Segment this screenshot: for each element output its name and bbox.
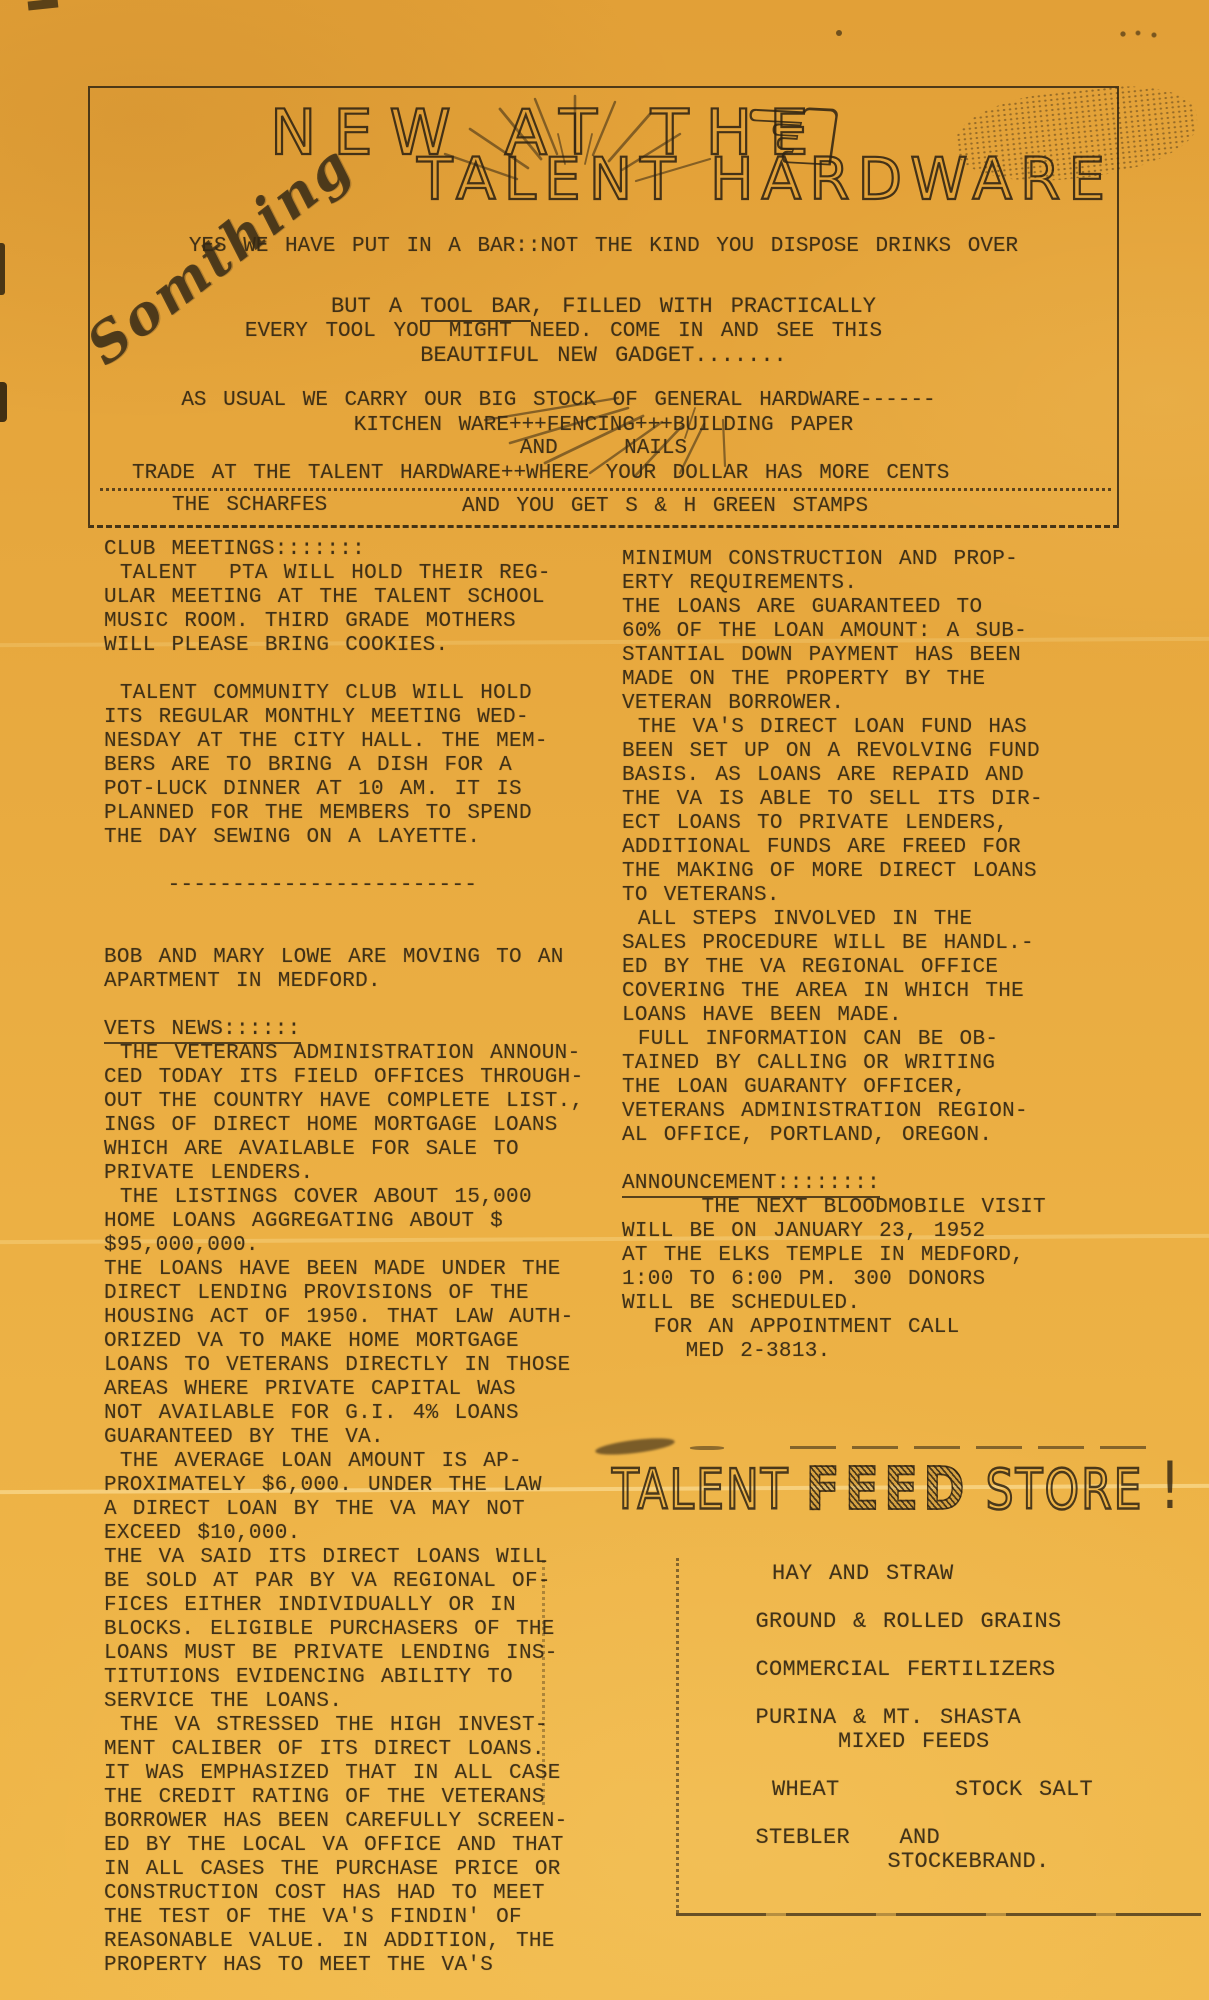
- text-line: HAY AND STRAW: [640, 1562, 1093, 1586]
- text-line: THE VA'S DIRECT LOAN FUND HAS: [622, 716, 1102, 740]
- text-line: ULAR MEETING AT THE TALENT SCHOOL: [104, 586, 609, 610]
- text-line: LOANS TO VETERANS DIRECTLY IN THOSE: [104, 1354, 609, 1378]
- announcement-text: THE NEXT BLOODMOBILE VISITWILL BE ON JAN…: [622, 1196, 1102, 1364]
- text-line: MADE ON THE PROPERTY BY THE: [622, 668, 1102, 692]
- stock-line-2: KITCHEN WARE+++FENCING+++BUILDING PAPER: [90, 414, 1117, 437]
- text-line: HOME LOANS AGGREGATING ABOUT $: [104, 1210, 609, 1234]
- text-line: BASIS. AS LOANS ARE REPAID AND: [622, 764, 1102, 788]
- text-line: SERVICE THE LOANS.: [104, 1690, 609, 1714]
- text-line: [640, 1634, 1093, 1658]
- text-line: VETERANS ADMINISTRATION REGION-: [622, 1100, 1102, 1124]
- text-line: SALES PROCEDURE WILL BE HANDL.-: [622, 932, 1102, 956]
- text-line: 1:00 TO 6:00 PM. 300 DONORS: [622, 1268, 1102, 1292]
- text-line: [104, 898, 609, 922]
- text-line: [104, 658, 609, 682]
- text-line: ADDITIONAL FUNDS ARE FREED FOR: [622, 836, 1102, 860]
- bar-tagline: YES WE HAVE PUT IN A BAR::NOT THE KIND Y…: [90, 235, 1117, 258]
- feed-title-word-talent: TALENT: [612, 1458, 790, 1522]
- stipple-patch: [952, 78, 1202, 191]
- text-line: MINIMUM CONSTRUCTION AND PROP-: [622, 548, 1102, 572]
- text-line: TITUTIONS EVIDENCING ABILITY TO: [104, 1666, 609, 1690]
- text-line: LOANS HAVE BEEN MADE.: [622, 1004, 1102, 1028]
- announcement-heading: ANNOUNCEMENT::::::::: [622, 1172, 1102, 1196]
- text-line: AREAS WHERE PRIVATE CAPITAL WAS: [104, 1378, 609, 1402]
- text-line: WILL PLEASE BRING COOKIES.: [104, 634, 609, 658]
- text-line: WHICH ARE AVAILABLE FOR SALE TO: [104, 1138, 609, 1162]
- club-meetings-text: TALENT PTA WILL HOLD THEIR REG-ULAR MEET…: [104, 562, 609, 946]
- text-line: 60% OF THE LOAN AMOUNT: A SUB-: [622, 620, 1102, 644]
- text-line: ITS REGULAR MONTHLY MEETING WED-: [104, 706, 609, 730]
- text-line: PRIVATE LENDERS.: [104, 1162, 609, 1186]
- lowe-note: BOB AND MARY LOWE ARE MOVING TO ANAPARTM…: [104, 946, 609, 1018]
- vets-news-heading: VETS NEWS::::::: [104, 1018, 609, 1042]
- text-line: [104, 850, 609, 874]
- tool-bar-pre: BUT A: [331, 294, 420, 319]
- text-line: TALENT COMMUNITY CLUB WILL HOLD: [104, 682, 609, 706]
- text-line: WILL BE ON JANUARY 23, 1952: [622, 1220, 1102, 1244]
- text-line: THE NEXT BLOODMOBILE VISIT: [622, 1196, 1102, 1220]
- hardware-ad: Somthing: [88, 86, 1119, 528]
- text-line: WHEAT STOCK SALT: [640, 1778, 1093, 1802]
- text-line: THE LOANS ARE GUARANTEED TO: [622, 596, 1102, 620]
- stock-line-1: AS USUAL WE CARRY OUR BIG STOCK OF GENER…: [45, 389, 1072, 412]
- owners-signature: THE SCHARFES: [172, 494, 327, 517]
- text-line: WILL BE SCHEDULED.: [622, 1292, 1102, 1316]
- text-line: THE AVERAGE LOAN AMOUNT IS AP-: [104, 1450, 609, 1474]
- text-line: GROUND & ROLLED GRAINS: [640, 1610, 1093, 1634]
- club-meetings-heading: CLUB MEETINGS:::::::: [104, 538, 609, 562]
- text-line: ORIZED VA TO MAKE HOME MORTGAGE: [104, 1330, 609, 1354]
- text-line: MUSIC ROOM. THIRD GRADE MOTHERS: [104, 610, 609, 634]
- text-line: MED 2-3813.: [622, 1340, 1102, 1364]
- text-line: COVERING THE AREA IN WHICH THE: [622, 980, 1102, 1004]
- text-line: APARTMENT IN MEDFORD.: [104, 970, 609, 994]
- trade-slogan: TRADE AT THE TALENT HARDWARE++WHERE YOUR…: [100, 462, 1111, 491]
- text-line: [104, 922, 609, 946]
- text-line: STOCKEBRAND.: [640, 1850, 1093, 1874]
- text-line: MENT CALIBER OF ITS DIRECT LOANS.: [104, 1738, 609, 1762]
- text-line: FICES EITHER INDIVIDUALLY OR IN: [104, 1594, 609, 1618]
- text-line: PURINA & MT. SHASTA: [640, 1706, 1093, 1730]
- tool-line-2: EVERY TOOL YOU MIGHT NEED. COME IN AND S…: [50, 320, 1077, 343]
- text-line: TO VETERANS.: [622, 884, 1102, 908]
- text-line: COMMERCIAL FERTILIZERS: [640, 1658, 1093, 1682]
- text-line: DIRECT LENDING PROVISIONS OF THE: [104, 1282, 609, 1306]
- text-line: [622, 1148, 1102, 1172]
- text-line: THE VETERANS ADMINISTRATION ANNOUN-: [104, 1042, 609, 1066]
- text-line: THE MAKING OF MORE DIRECT LOANS: [622, 860, 1102, 884]
- feed-title-word-feed: FEED: [806, 1455, 970, 1523]
- text-line: [640, 1754, 1093, 1778]
- text-line: FOR AN APPOINTMENT CALL: [622, 1316, 1102, 1340]
- text-line: HOUSING ACT OF 1950. THAT LAW AUTH-: [104, 1306, 609, 1330]
- text-line: NESDAY AT THE CITY HALL. THE MEM-: [104, 730, 609, 754]
- text-line: TALENT PTA WILL HOLD THEIR REG-: [104, 562, 609, 586]
- text-line: THE VA IS ABLE TO SELL ITS DIR-: [622, 788, 1102, 812]
- text-line: TAINED BY CALLING OR WRITING: [622, 1052, 1102, 1076]
- text-line: THE VA SAID ITS DIRECT LOANS WILL: [104, 1546, 609, 1570]
- ink-mark: [0, 382, 7, 422]
- text-line: [640, 1586, 1093, 1610]
- text-line: BEEN SET UP ON A REVOLVING FUND: [622, 740, 1102, 764]
- text-line: THE LISTINGS COVER ABOUT 15,000: [104, 1186, 609, 1210]
- text-line: BERS ARE TO BRING A DISH FOR A: [104, 754, 609, 778]
- text-line: ED BY THE VA REGIONAL OFFICE: [622, 956, 1102, 980]
- tool-bar-post: , FILLED WITH PRACTICALLY: [531, 294, 876, 319]
- ink-mark: [0, 243, 5, 295]
- tool-bar-line: BUT A TOOL BAR, FILLED WITH PRACTICALLY: [90, 294, 1117, 319]
- text-line: IT WAS EMPHASIZED THAT IN ALL CASE: [104, 1762, 609, 1786]
- text-line: REASONABLE VALUE. IN ADDITION, THE: [104, 1930, 609, 1954]
- text-line: THE TEST OF THE VA'S FINDIN' OF: [104, 1906, 609, 1930]
- left-column: CLUB MEETINGS::::::: TALENT PTA WILL HOL…: [104, 538, 609, 1978]
- text-line: [640, 1682, 1093, 1706]
- text-line: PROPERTY HAS TO MEET THE VA'S: [104, 1954, 609, 1978]
- text-line: IN ALL CASES THE PURCHASE PRICE OR: [104, 1858, 609, 1882]
- text-line: CED TODAY ITS FIELD OFFICES THROUGH-: [104, 1066, 609, 1090]
- ink-mark: [28, 0, 59, 11]
- vets-news-text: THE VETERANS ADMINISTRATION ANNOUN-CED T…: [104, 1042, 609, 1978]
- text-line: POT-LUCK DINNER AT 10 AM. IT IS: [104, 778, 609, 802]
- feed-title-exclaim: !: [1159, 1449, 1180, 1524]
- feed-title-word-store: STORE: [986, 1458, 1144, 1522]
- text-line: [640, 1802, 1093, 1826]
- text-line: THE VA STRESSED THE HIGH INVEST-: [104, 1714, 609, 1738]
- text-line: ERTY REQUIREMENTS.: [622, 572, 1102, 596]
- tool-line-3: BEAUTIFUL NEW GADGET.......: [90, 343, 1117, 368]
- newsletter-page: Somthing: [0, 0, 1209, 2000]
- text-line: ALL STEPS INVOLVED IN THE: [622, 908, 1102, 932]
- text-line: ECT LOANS TO PRIVATE LENDERS,: [622, 812, 1102, 836]
- text-line: THE LOANS HAVE BEEN MADE UNDER THE: [104, 1258, 609, 1282]
- text-line: CONSTRUCTION COST HAS HAD TO MEET: [104, 1882, 609, 1906]
- tool-bar-underlined: TOOL BAR: [420, 294, 531, 322]
- dash-rule: [790, 1446, 1150, 1449]
- feed-store-ad: TALENT FEED STORE ! HAY AND STRAW GROUND…: [540, 1440, 1205, 1918]
- vets-news-heading-text: VETS NEWS::::::: [104, 1018, 301, 1044]
- text-line: STEBLER AND: [640, 1826, 1093, 1850]
- text-line: AT THE ELKS TEMPLE IN MEDFORD,: [622, 1244, 1102, 1268]
- text-line: VETERAN BORROWER.: [622, 692, 1102, 716]
- text-line: BLOCKS. ELIGIBLE PURCHASERS OF THE: [104, 1618, 609, 1642]
- feed-ad-bottom-border: [676, 1913, 1201, 1916]
- text-line: THE LOAN GUARANTY OFFICER,: [622, 1076, 1102, 1100]
- text-line: [104, 994, 609, 1018]
- text-line: EXCEED $10,000.: [104, 1522, 609, 1546]
- text-line: ------------------------: [104, 874, 609, 898]
- right-column: MINIMUM CONSTRUCTION AND PROP-ERTY REQUI…: [622, 548, 1102, 1364]
- text-line: STANTIAL DOWN PAYMENT HAS BEEN: [622, 644, 1102, 668]
- text-line: ED BY THE LOCAL VA OFFICE AND THAT: [104, 1834, 609, 1858]
- text-line: BE SOLD AT PAR BY VA REGIONAL OF-: [104, 1570, 609, 1594]
- text-line: INGS OF DIRECT HOME MORTGAGE LOANS: [104, 1114, 609, 1138]
- text-line: LOANS MUST BE PRIVATE LENDING INS-: [104, 1642, 609, 1666]
- ink-speck: [836, 30, 842, 36]
- text-line: NOT AVAILABLE FOR G.I. 4% LOANS: [104, 1402, 609, 1426]
- ink-specks: [1118, 30, 1160, 38]
- pointing-hand-icon: ☜: [735, 71, 851, 197]
- text-line: THE CREDIT RATING OF THE VETERANS: [104, 1786, 609, 1810]
- text-line: MIXED FEEDS: [640, 1730, 1093, 1754]
- feed-ad-left-border: [676, 1558, 679, 1913]
- text-line: BOB AND MARY LOWE ARE MOVING TO AN: [104, 946, 609, 970]
- text-line: AL OFFICE, PORTLAND, OREGON.: [622, 1124, 1102, 1148]
- text-line: PLANNED FOR THE MEMBERS TO SPEND: [104, 802, 609, 826]
- text-line: PROXIMATELY $6,000. UNDER THE LAW: [104, 1474, 609, 1498]
- stock-line-3: AND NAILS: [90, 437, 1117, 460]
- ink-smudge: [690, 1446, 724, 1450]
- text-line: GUARANTEED BY THE VA.: [104, 1426, 609, 1450]
- green-stamps-line: AND YOU GET S & H GREEN STAMPS: [462, 495, 868, 518]
- announcement-heading-text: ANNOUNCEMENT::::::::: [622, 1172, 880, 1198]
- text-line: THE DAY SEWING ON A LAYETTE.: [104, 826, 609, 850]
- text-line: OUT THE COUNTRY HAVE COMPLETE LIST.,: [104, 1090, 609, 1114]
- feed-store-items: HAY AND STRAW GROUND & ROLLED GRAINS COM…: [640, 1562, 1093, 1874]
- text-line: BORROWER HAS BEEN CAREFULLY SCREEN-: [104, 1810, 609, 1834]
- text-line: FULL INFORMATION CAN BE OB-: [622, 1028, 1102, 1052]
- dotted-border-faint: [542, 1560, 545, 1805]
- vets-news-continued: MINIMUM CONSTRUCTION AND PROP-ERTY REQUI…: [622, 548, 1102, 1172]
- feed-store-title: TALENT FEED STORE !: [612, 1464, 1180, 1524]
- text-line: $95,000,000.: [104, 1234, 609, 1258]
- text-line: A DIRECT LOAN BY THE VA MAY NOT: [104, 1498, 609, 1522]
